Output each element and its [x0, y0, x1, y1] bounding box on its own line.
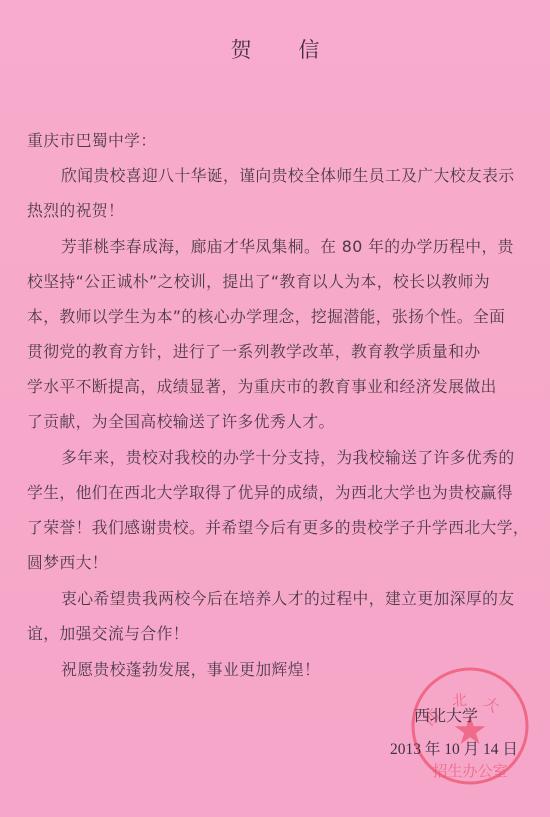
letter-title: 贺 信 [0, 34, 550, 64]
signature: 西北大学 [414, 703, 478, 726]
seal-bottom-text: 招生办公室 [432, 762, 507, 780]
text-line: 衷心希望贵我两校今后在培养人才的过程中，建立更加深厚的友 [61, 586, 515, 609]
text-line: 了荣誉！我们感谢贵校。并希望今后有更多的贵校学子升学西北大学， [27, 515, 529, 538]
text-line: 本，教师以学生为本”的核心办学理念，挖掘潜能，张扬个性。全面 [27, 304, 505, 327]
text-line: 谊，加强交流与合作！ [27, 621, 189, 644]
text-line: 学水平不断提高，成绩显著，为重庆市的教育事业和经济发展做出 [27, 374, 497, 397]
text-line: 祝愿贵校蓬勃发展，事业更加辉煌！ [61, 657, 320, 680]
text-line: 欣闻贵校喜迎八十华诞，谨向贵校全体师生员工及广大校友表示 [61, 163, 515, 186]
salutation: 重庆市巴蜀中学： [27, 128, 157, 151]
official-seal-icon: 西北大学 ★ 招生办公室 [408, 664, 532, 788]
text-line: 了贡献，为全国高校输送了许多优秀人才。 [27, 409, 335, 432]
text-line: 热烈的祝贺！ [27, 198, 124, 221]
letter-date: 2013 年 10 月 14 日 [390, 737, 518, 759]
text-line: 校坚持“公正诚朴”之校训，提出了“教育以人为本，校长以教师为 [27, 269, 490, 292]
text-line: 学生，他们在西北大学取得了优异的成绩，为西北大学也为贵校赢得 [27, 480, 513, 503]
text-line: 贯彻党的教育方针，进行了一系列教学改革，教育教学质量和办 [27, 339, 481, 362]
letter-page: 贺 信 重庆市巴蜀中学： 欣闻贵校喜迎八十华诞，谨向贵校全体师生员工及广大校友表… [0, 0, 550, 817]
text-line: 芳菲桃李春成海，廊庙才华凤集桐。在 80 年的办学历程中，贵 [61, 234, 514, 257]
text-line: 多年来，贵校对我校的办学十分支持，为我校输送了许多优秀的 [61, 445, 515, 468]
text-line: 圆梦西大！ [27, 550, 108, 573]
